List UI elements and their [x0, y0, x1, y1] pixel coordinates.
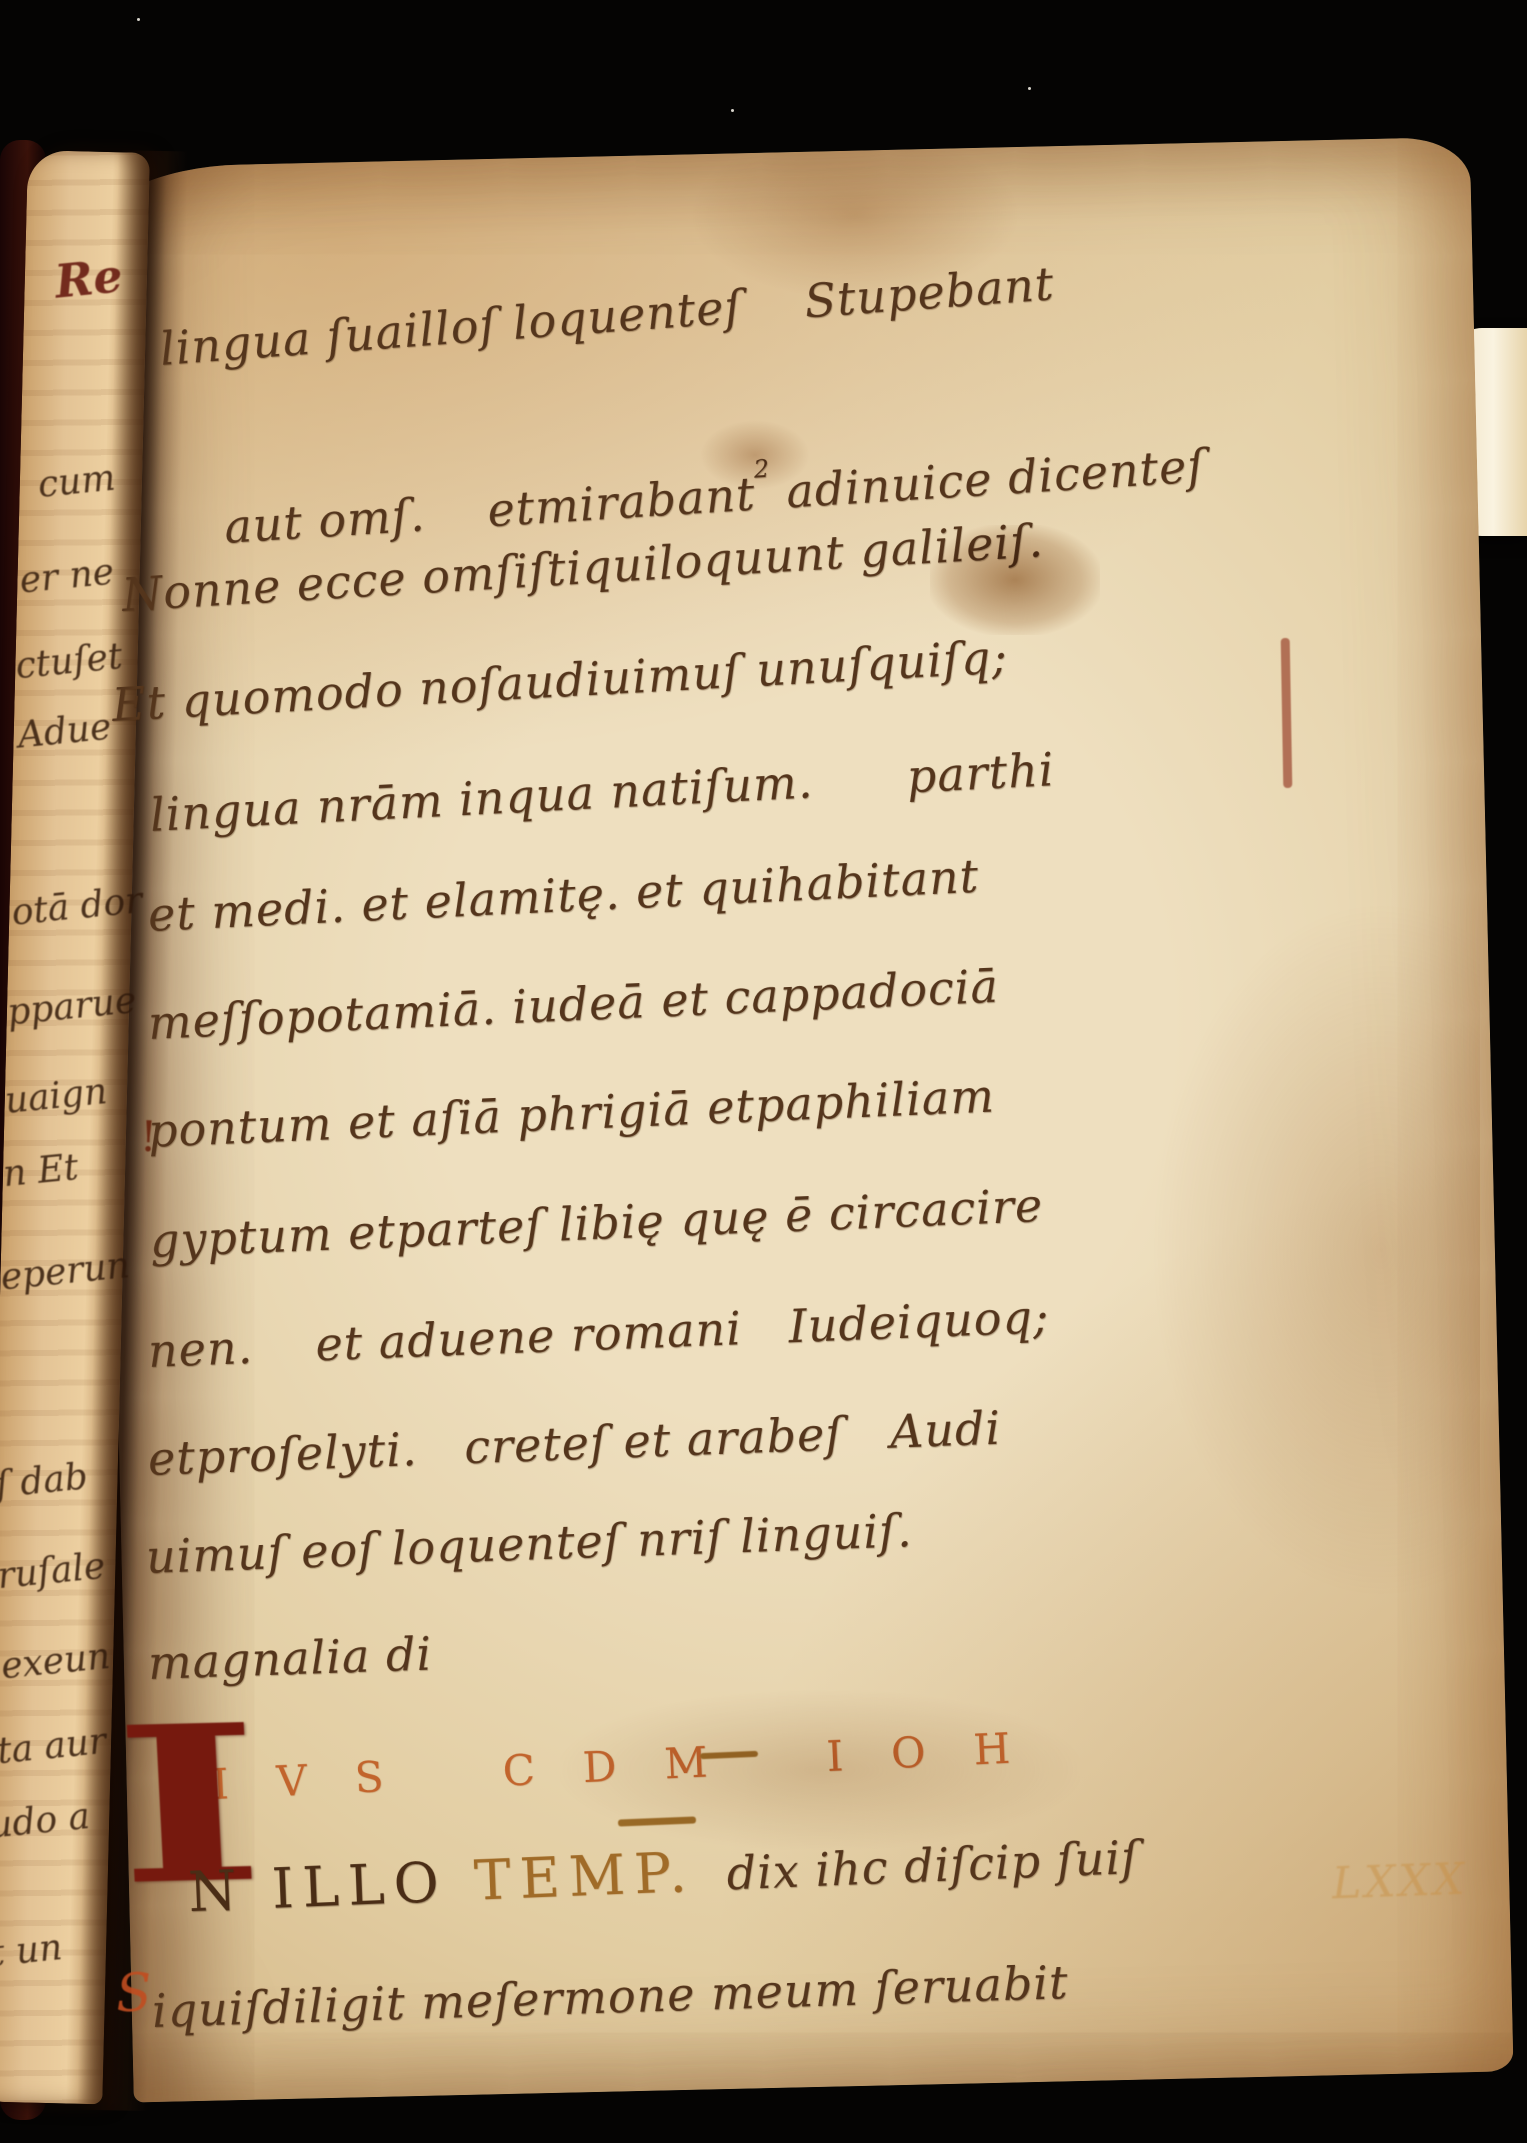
incipit-capitals: N ILLO	[187, 1849, 475, 1924]
page-edge-text-fragment: udo a	[0, 1796, 92, 1847]
page-edge-text-fragment: uaign	[3, 1071, 109, 1122]
incipit-continuation: dix ihc diſcip ſuiſ	[694, 1830, 1140, 1902]
page-edge-text-fragment: er ne	[18, 552, 116, 602]
page-edge-text-fragment: n Et	[1, 1147, 80, 1195]
manuscript-line-text: adinuice dicenteſ	[769, 438, 1207, 519]
page-edge-text-fragment: cum	[36, 458, 117, 506]
incipit-capitals: TEMP.	[473, 1840, 697, 1913]
photo-frame: Re cum er ne ctuſet Adue otā dor pparue …	[0, 0, 1527, 2143]
margin-quire-number: LXXX	[1331, 1854, 1468, 1910]
dust-speck	[137, 18, 140, 21]
page-edge-text-fragment: Adue	[16, 707, 113, 757]
dust-speck	[1028, 87, 1031, 90]
rubricated-initial-S: S	[115, 1963, 153, 2024]
dust-speck	[731, 109, 734, 112]
margin-notation-mark: !	[139, 1112, 158, 1162]
abbreviation-superscript: 2	[753, 454, 770, 483]
page-edge-text-fragment: t un	[0, 1927, 64, 1975]
page-edge-text-fragment: ſ dab	[0, 1456, 90, 1506]
